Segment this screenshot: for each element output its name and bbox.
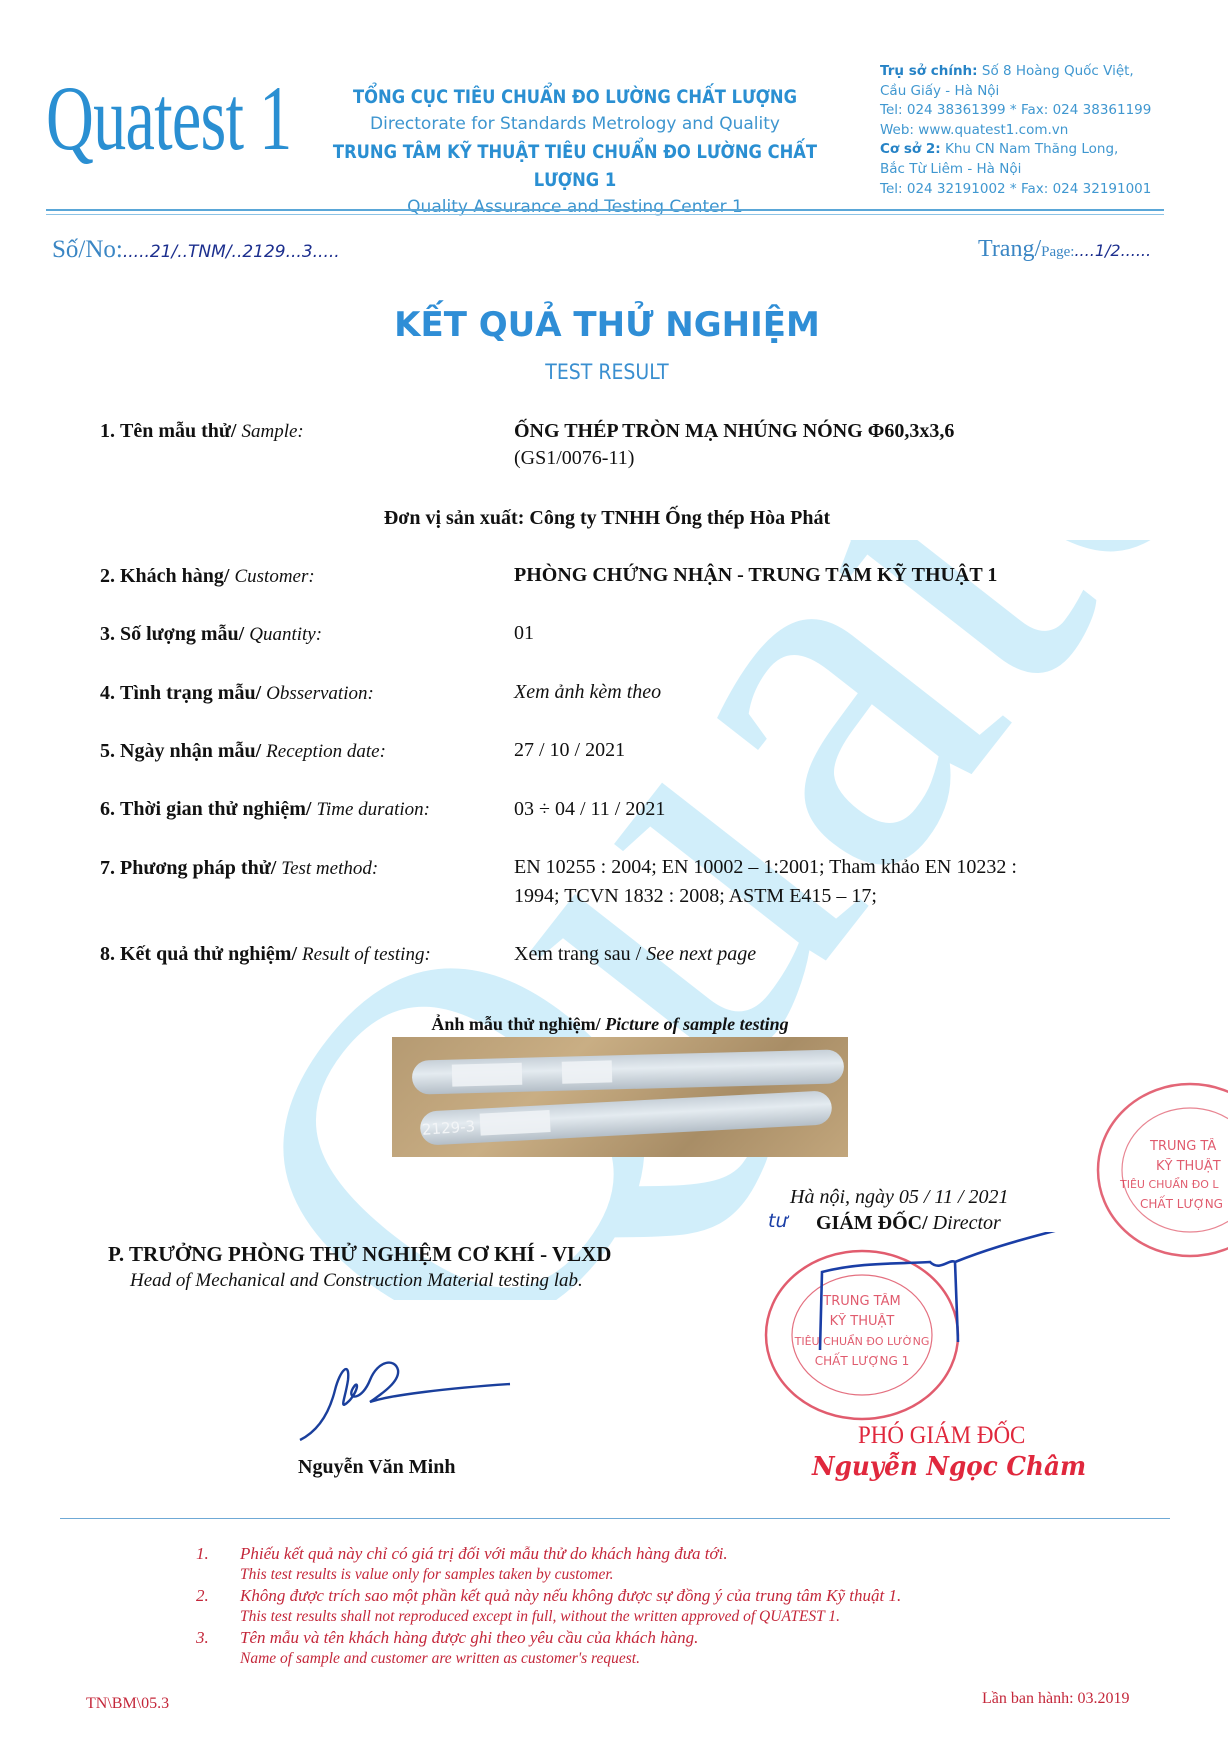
header-organization: TỔNG CỤC TIÊU CHUẨN ĐO LƯỜNG CHẤT LƯỢNG … bbox=[280, 83, 870, 221]
website: Web: www.quatest1.com.vn bbox=[880, 121, 1180, 141]
document-title: KẾT QUẢ THỬ NGHIỆM bbox=[0, 305, 1214, 345]
svg-text:TRUNG TÂ: TRUNG TÂ bbox=[1149, 1138, 1216, 1154]
svg-text:Quatest 1: Quatest 1 bbox=[130, 540, 1228, 1300]
field-value-sample-code: (GS1/0076-11) bbox=[514, 446, 634, 471]
hq-address: Số 8 Hoàng Quốc Việt, bbox=[982, 63, 1134, 79]
branch-address: Khu CN Nam Thăng Long, bbox=[945, 141, 1118, 157]
field-label-test-method: 7. Phương pháp thử/ Test method: bbox=[100, 857, 378, 880]
initials: tư bbox=[768, 1210, 788, 1232]
svg-text:CHẤT LƯỢNG: CHẤT LƯỢNG bbox=[1140, 1195, 1223, 1211]
hq-address-2: Cầu Giấy - Hà Nội bbox=[880, 82, 1180, 102]
deputy-director-name: Nguyễn Ngọc Châm bbox=[812, 1452, 1086, 1482]
note-item: 3. Tên mẫu và tên khách hàng được ghi th… bbox=[196, 1627, 1096, 1669]
quatest-watermark: Quatest 1 bbox=[130, 540, 1228, 1300]
field-value-customer: PHÒNG CHỨNG NHẬN - TRUNG TÂM KỸ THUẬT 1 bbox=[514, 563, 997, 588]
branch-address-2: Bắc Từ Liêm - Hà Nội bbox=[880, 160, 1180, 180]
org-name-vi: TỔNG CỤC TIÊU CHUẨN ĐO LƯỜNG CHẤT LƯỢNG bbox=[321, 83, 828, 111]
hq-label: Trụ sở chính: bbox=[880, 63, 978, 79]
note-item: 2. Không được trích sao một phần kết quả… bbox=[196, 1585, 1096, 1627]
svg-text:TIÊU CHUẨN ĐO L: TIÊU CHUẨN ĐO L bbox=[1119, 1177, 1219, 1191]
page-label-en: Page: bbox=[1041, 244, 1074, 260]
note-item: 1. Phiếu kết quả này chỉ có giá trị đối … bbox=[196, 1543, 1096, 1585]
manufacturer: Đơn vị sản xuất: Công ty TNHH Ống thép H… bbox=[0, 507, 1214, 530]
center-name-vi: TRUNG TÂM KỸ THUẬT TIÊU CHUẨN ĐO LƯỜNG C… bbox=[321, 138, 828, 194]
issue-date: Lần ban hành: 03.2019 bbox=[982, 1690, 1130, 1708]
branch-label: Cơ sở 2: bbox=[880, 141, 941, 157]
pipe-image-2 bbox=[419, 1090, 832, 1146]
field-value-time-duration: 03 ÷ 04 / 11 / 2021 bbox=[514, 797, 665, 822]
field-value-quantity: 01 bbox=[514, 621, 534, 646]
page-label: Trang/ bbox=[978, 236, 1041, 262]
field-value-test-method: EN 10255 : 2004; EN 10002 – 1:2001; Tham… bbox=[514, 855, 1017, 880]
field-value-reception-date: 27 / 10 / 2021 bbox=[514, 738, 625, 763]
field-label-observation: 4. Tình trạng mẫu/ Obsservation: bbox=[100, 682, 374, 705]
field-label-time-duration: 6. Thời gian thử nghiệm/ Time duration: bbox=[100, 798, 430, 821]
lab-head-name: Nguyễn Văn Minh bbox=[298, 1456, 455, 1479]
lab-head-title-en: Head of Mechanical and Construction Mate… bbox=[130, 1270, 583, 1292]
document-number-label: Số/No: bbox=[52, 236, 123, 263]
sample-photo: 2129-3 bbox=[392, 1037, 848, 1157]
document-number-value: .....21/..TNM/..2129...3..... bbox=[123, 242, 340, 262]
org-name-en: Directorate for Standards Metrology and … bbox=[280, 111, 870, 138]
field-value-test-method-2: 1994; TCVN 1832 : 2008; ASTM E415 – 17; bbox=[514, 884, 877, 909]
header-divider bbox=[46, 209, 1164, 211]
quatest-logo: Quatest 1 bbox=[46, 72, 292, 164]
notes-divider bbox=[60, 1518, 1170, 1519]
partial-stamp: TRUNG TÂ KỸ THUẬT TIÊU CHUẨN ĐO L CHẤT L… bbox=[1090, 1070, 1228, 1270]
signature-lab-head bbox=[290, 1340, 520, 1450]
svg-text:KỸ THUẬT: KỸ THUẬT bbox=[1156, 1158, 1221, 1174]
pipe-image-1 bbox=[412, 1049, 845, 1094]
field-value-sample: ỐNG THÉP TRÒN MẠ NHÚNG NÓNG Φ60,3x3,6 bbox=[514, 419, 954, 444]
page-value: ....1/2...... bbox=[1074, 241, 1151, 260]
header-divider-thin bbox=[46, 214, 1164, 215]
lab-head-title: P. TRƯỞNG PHÒNG THỬ NGHIỆM CƠ KHÍ - VLXD bbox=[108, 1242, 611, 1267]
header-contact: Trụ sở chính: Số 8 Hoàng Quốc Việt, Cầu … bbox=[880, 62, 1180, 199]
document-number: Số/No:.....21/..TNM/..2129...3..... bbox=[52, 236, 340, 264]
page-number: Trang/Page:....1/2...... bbox=[978, 236, 1151, 263]
photo-caption: Ảnh mẫu thử nghiệm/ Picture of sample te… bbox=[390, 1014, 830, 1035]
center-name-en: Quality Assurance and Testing Center 1 bbox=[280, 194, 870, 221]
branch-phone: Tel: 024 32191002 * Fax: 024 32191001 bbox=[880, 180, 1180, 200]
sample-mark: 2129-3 bbox=[421, 1117, 475, 1139]
field-label-customer: 2. Khách hàng/ Customer: bbox=[100, 565, 315, 588]
field-value-observation: Xem ảnh kèm theo bbox=[514, 680, 661, 705]
signature-director bbox=[780, 1232, 1080, 1372]
field-value-result: Xem trang sau / See next page bbox=[514, 942, 756, 967]
document-subtitle: TEST RESULT bbox=[61, 360, 1154, 384]
hq-phone: Tel: 024 38361399 * Fax: 024 38361199 bbox=[880, 101, 1180, 121]
notes: 1. Phiếu kết quả này chỉ có giá trị đối … bbox=[196, 1543, 1096, 1669]
field-label-reception-date: 5. Ngày nhận mẫu/ Reception date: bbox=[100, 740, 386, 763]
place-date: Hà nội, ngày 05 / 11 / 2021 bbox=[790, 1186, 1009, 1209]
form-code: TN\BM\05.3 bbox=[86, 1695, 169, 1713]
field-label-quantity: 3. Số lượng mẫu/ Quantity: bbox=[100, 623, 322, 646]
field-label-sample: 1. Tên mẫu thử/ Sample: bbox=[100, 420, 304, 443]
deputy-director-title: PHÓ GIÁM ĐỐC bbox=[858, 1422, 1025, 1450]
field-label-result: 8. Kết quả thử nghiệm/ Result of testing… bbox=[100, 943, 431, 966]
